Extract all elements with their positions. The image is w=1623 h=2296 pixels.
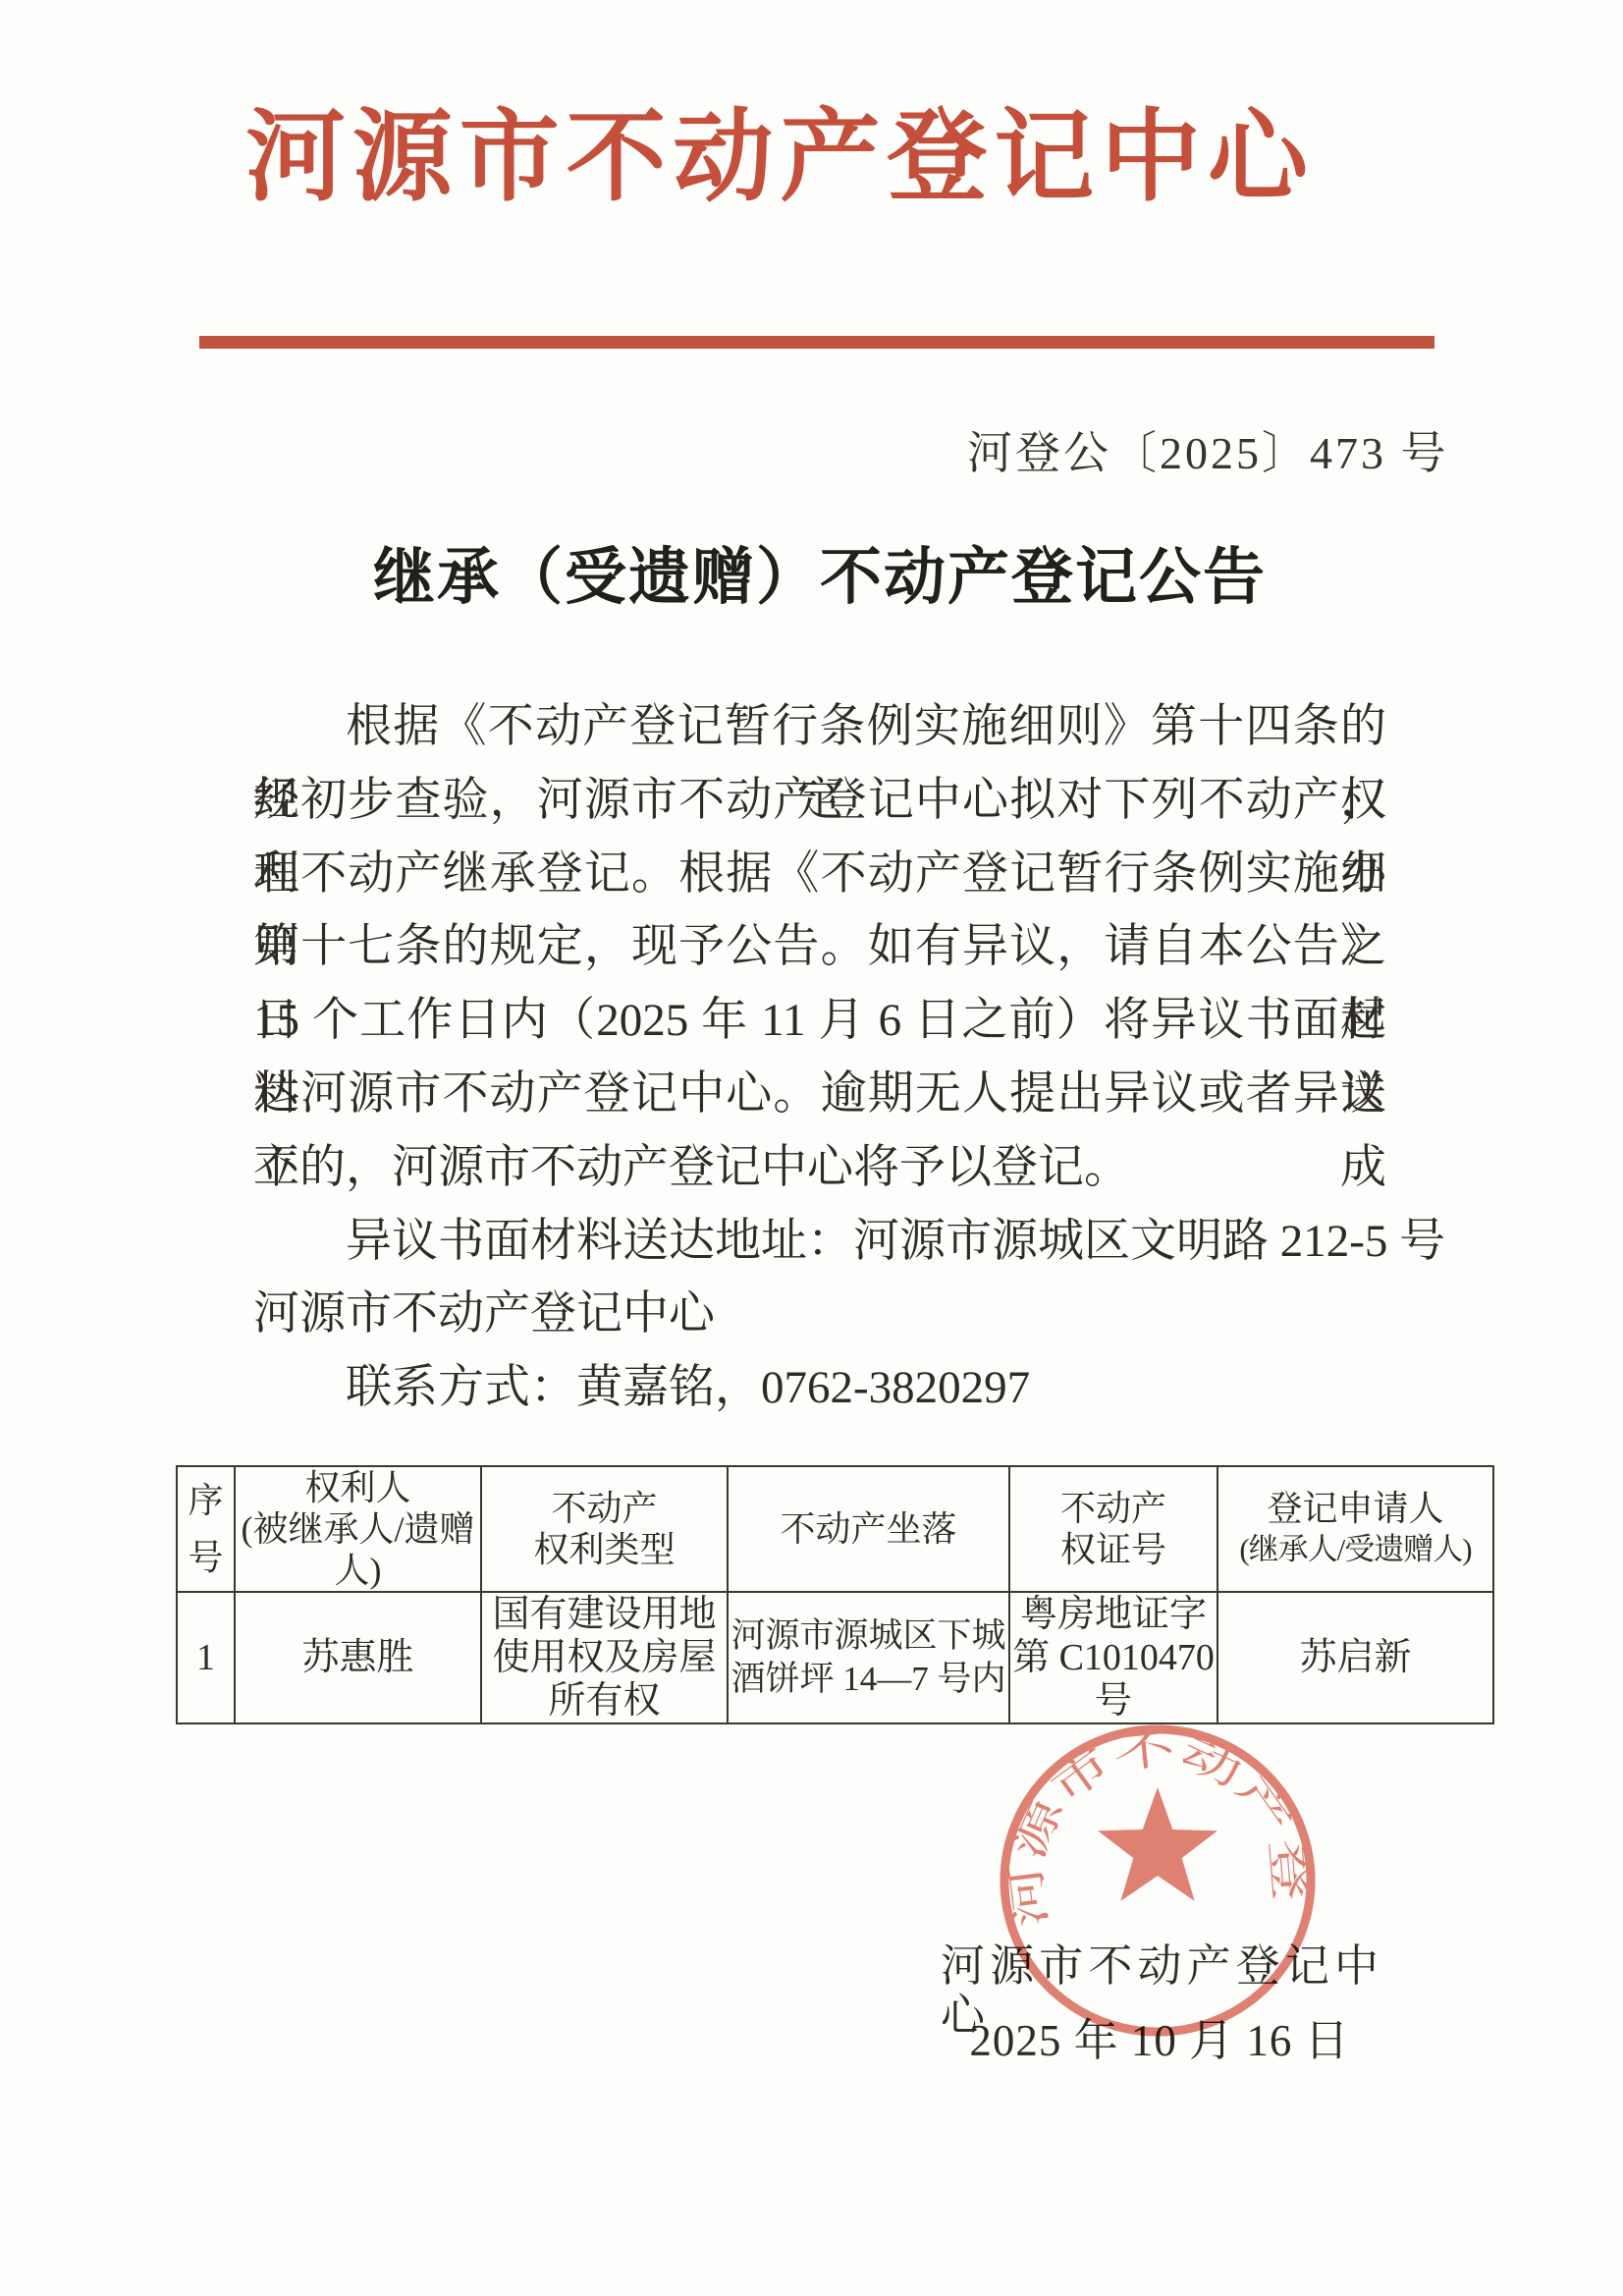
col-header-right-type-line1: 不动产 bbox=[482, 1488, 727, 1529]
registration-table: 序号 权利人 (被继承人/遗赠 人) 不动产 权利类型 不动产坐落 不动产 权证… bbox=[176, 1465, 1494, 1724]
col-header-cert-no-line1: 不动产 bbox=[1010, 1488, 1217, 1529]
cell-right-type: 国有建设用地 使用权及房屋 所有权 bbox=[481, 1592, 728, 1723]
col-header-cert-no-line2: 权证号 bbox=[1010, 1529, 1217, 1570]
notice-body: 根据《不动产登记暂行条例实施细则》第十四条的规定， 经初步查验，河源市不动产登记… bbox=[253, 690, 1386, 1425]
body-line-3: 理不动产继承登记。根据《不动产登记暂行条例实施细则》 bbox=[253, 838, 1386, 911]
cell-location: 河源市源城区下城 酒饼坪 14—7 号内 bbox=[728, 1592, 1009, 1723]
col-header-holder-line3: 人) bbox=[236, 1550, 480, 1591]
body-line-6: 达河源市不动产登记中心。逾期无人提出异议或者异议不成 bbox=[253, 1058, 1386, 1131]
table-header-row: 序号 权利人 (被继承人/遗赠 人) 不动产 权利类型 不动产坐落 不动产 权证… bbox=[177, 1466, 1493, 1592]
col-header-applicant-line1: 登记申请人 bbox=[1218, 1488, 1492, 1529]
cell-seq: 1 bbox=[177, 1592, 235, 1723]
cell-right-type-line3: 所有权 bbox=[482, 1679, 727, 1722]
col-header-holder-line2: (被继承人/遗赠 bbox=[236, 1508, 480, 1550]
col-header-holder: 权利人 (被继承人/遗赠 人) bbox=[235, 1466, 481, 1592]
body-line-8: 异议书面材料送达地址：河源市源城区文明路 212-5 号 bbox=[253, 1205, 1386, 1279]
cell-right-type-line2: 使用权及房屋 bbox=[482, 1636, 727, 1679]
doc-number: 河登公〔2025〕473 号 bbox=[967, 424, 1449, 483]
cell-location-line2: 酒饼坪 14—7 号内 bbox=[729, 1658, 1008, 1701]
document-page: 河源市不动产登记中心 河登公〔2025〕473 号 继承（受遗赠）不动产登记公告… bbox=[0, 0, 1623, 2296]
body-line-5: 15 个工作日内（2025 年 11 月 6 日之前）将异议书面材料送 bbox=[253, 984, 1386, 1058]
cell-right-type-line1: 国有建设用地 bbox=[482, 1593, 727, 1636]
col-header-seq: 序号 bbox=[177, 1466, 235, 1592]
official-seal: 河源市不动产登记中心 bbox=[990, 1715, 1325, 2047]
col-header-right-type: 不动产 权利类型 bbox=[481, 1466, 728, 1592]
cell-cert-no: 粤房地证字 第 C1010470 号 bbox=[1009, 1592, 1217, 1723]
letterhead-rule bbox=[199, 336, 1434, 349]
col-header-holder-line1: 权利人 bbox=[236, 1467, 480, 1508]
cell-applicant: 苏启新 bbox=[1217, 1592, 1493, 1723]
col-header-applicant-line2: (继承人/受遗赠人) bbox=[1218, 1529, 1492, 1570]
body-line-1: 根据《不动产登记暂行条例实施细则》第十四条的规定， bbox=[253, 690, 1386, 764]
col-header-location-label: 不动产坐落 bbox=[729, 1508, 1008, 1550]
cell-cert-no-line2: 第 C1010470 bbox=[1010, 1636, 1217, 1679]
cell-holder: 苏惠胜 bbox=[235, 1592, 481, 1723]
body-line-2: 经初步查验，河源市不动产登记中心拟对下列不动产权利办 bbox=[253, 764, 1386, 838]
col-header-cert-no: 不动产 权证号 bbox=[1009, 1466, 1217, 1592]
col-header-applicant: 登记申请人 (继承人/受遗赠人) bbox=[1217, 1466, 1493, 1592]
cell-cert-no-line1: 粤房地证字 bbox=[1010, 1593, 1217, 1636]
body-line-10: 联系方式：黄嘉铭，0762-3820297 bbox=[253, 1351, 1386, 1425]
col-header-right-type-line2: 权利类型 bbox=[482, 1529, 727, 1570]
body-line-9: 河源市不动产登记中心 bbox=[253, 1278, 1386, 1351]
col-header-location: 不动产坐落 bbox=[728, 1466, 1009, 1592]
table-row: 1 苏惠胜 国有建设用地 使用权及房屋 所有权 河源市源城区下城 酒饼坪 14—… bbox=[177, 1592, 1493, 1723]
col-header-seq-label: 序号 bbox=[178, 1472, 234, 1586]
seal-star bbox=[1098, 1787, 1217, 1901]
cell-location-line1: 河源市源城区下城 bbox=[729, 1614, 1008, 1658]
letterhead-title: 河源市不动产登记中心 bbox=[245, 86, 1308, 232]
notice-title: 继承（受遗赠）不动产登记公告 bbox=[253, 538, 1386, 617]
body-line-4: 第十七条的规定，现予公告。如有异议，请自本公告之日起 bbox=[253, 910, 1386, 984]
